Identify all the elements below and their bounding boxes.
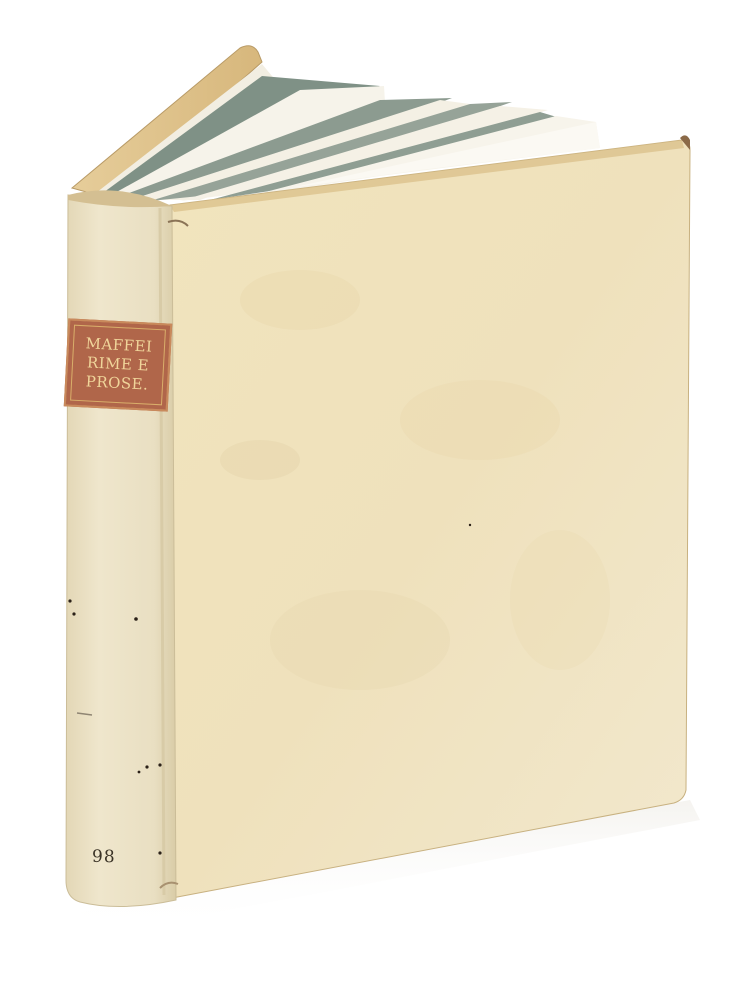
- spine-title-label: MAFFEI RIME E PROSE.: [64, 318, 172, 411]
- spine-title-line-3: PROSE.: [67, 371, 168, 395]
- shelfmark-number: 98: [92, 847, 116, 867]
- book-photo: MAFFEI RIME E PROSE. 98: [0, 0, 748, 1000]
- front-cover: [170, 140, 690, 898]
